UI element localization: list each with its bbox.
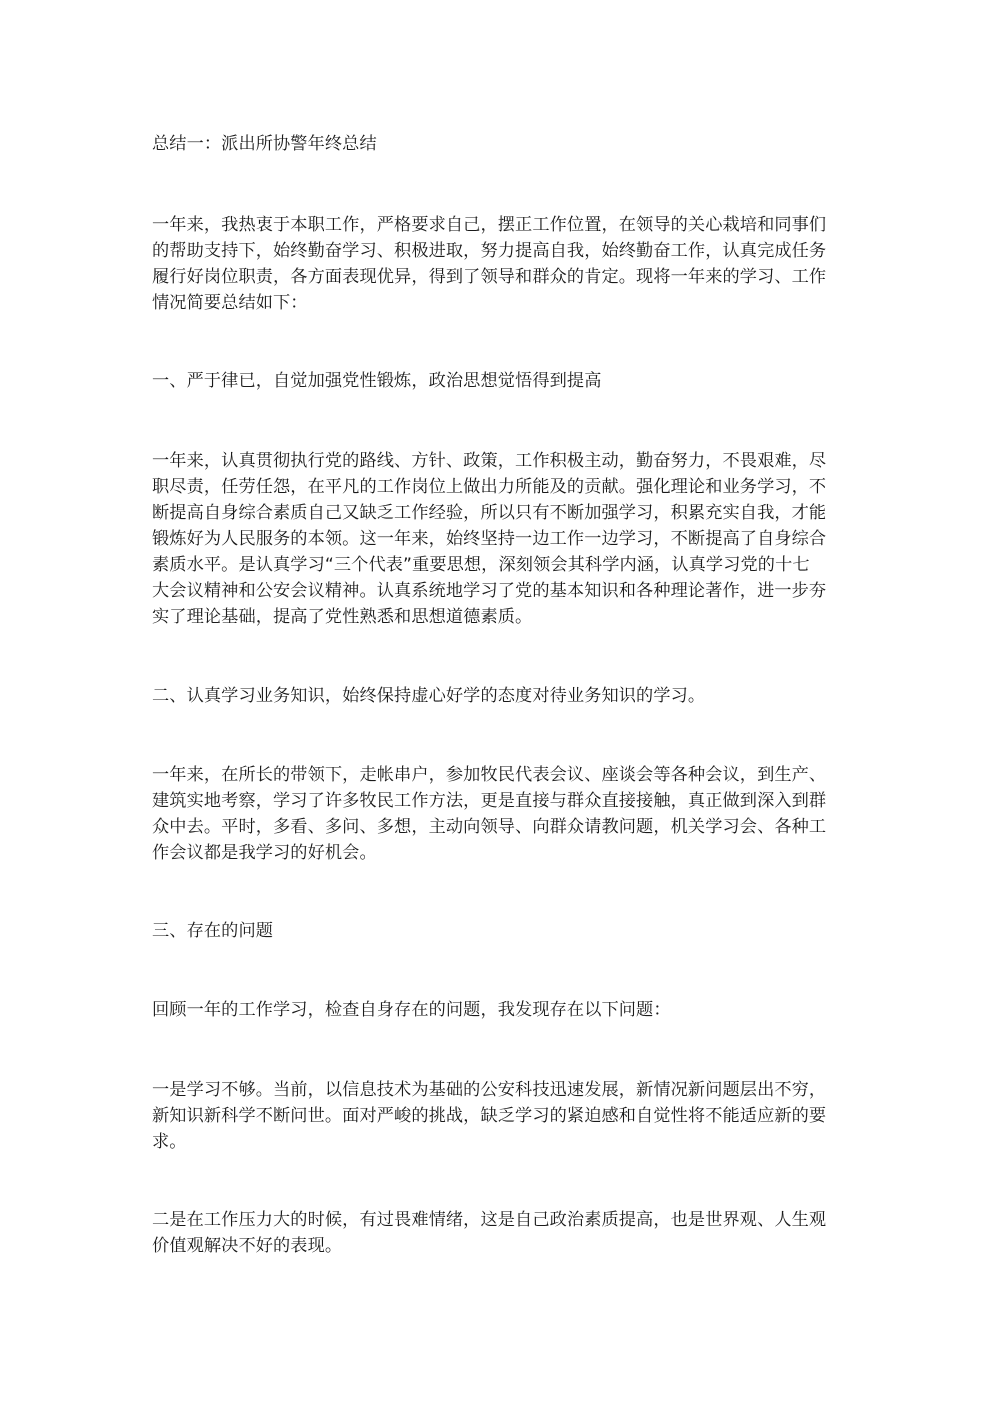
paragraph-line: 职尽责，任劳任怨，在平凡的工作岗位上做出力所能及的贡献。强化理论和业务学习，不 [152, 474, 826, 500]
paragraph-line: 一是学习不够。当前，以信息技术为基础的公安科技迅速发展，新情况新问题层出不穷， [152, 1077, 826, 1103]
section-heading-1: 一、严于律已，自觉加强党性锻炼，政治思想觉悟得到提高 [152, 368, 601, 394]
paragraph-line: 断提高自身综合素质自己又缺乏工作经验，所以只有不断加强学习，积累充实自我，才能 [152, 500, 826, 526]
paragraph-line: 大会议精神和公安会议精神。认真系统地学习了党的基本知识和各种理论著作，进一步夯 [152, 578, 826, 604]
problems-intro: 回顾一年的工作学习，检查自身存在的问题，我发现存在以下问题： [152, 997, 671, 1023]
paragraph-line: 情况简要总结如下： [152, 290, 308, 316]
paragraph-line: 众中去。平时，多看、多问、多想，主动向领导、向群众请教问题，机关学习会、各种工 [152, 814, 826, 840]
paragraph-line: 二是在工作压力大的时候，有过畏难情绪，这是自己政治素质提高，也是世界观、人生观 [152, 1207, 826, 1233]
paragraph-line: 履行好岗位职责，各方面表现优异，得到了领导和群众的肯定。现将一年来的学习、工作 [152, 264, 826, 290]
paragraph-line: 新知识新科学不断问世。面对严峻的挑战，缺乏学习的紧迫感和自觉性将不能适应新的要 [152, 1103, 826, 1129]
paragraph-line: 一年来，我热衷于本职工作，严格要求自己，摆正工作位置，在领导的关心栽培和同事们 [152, 212, 826, 238]
paragraph-line: 建筑实地考察，学习了许多牧民工作方法，更是直接与群众直接接触，真正做到深入到群 [152, 788, 826, 814]
paragraph-line: 实了理论基础，提高了党性熟悉和思想道德素质。 [152, 604, 532, 630]
section-heading-2: 二、认真学习业务知识，始终保持虚心好学的态度对待业务知识的学习。 [152, 683, 705, 709]
paragraph-line: 一年来，在所长的带领下，走帐串户，参加牧民代表会议、座谈会等各种会议，到生产、 [152, 762, 826, 788]
paragraph-line: 价值观解决不好的表现。 [152, 1233, 342, 1259]
paragraph-line: 的帮助支持下，始终勤奋学习、积极进取，努力提高自我，始终勤奋工作，认真完成任务 [152, 238, 826, 264]
paragraph-line: 一年来，认真贯彻执行党的路线、方针、政策，工作积极主动，勤奋努力，不畏艰难，尽 [152, 448, 826, 474]
section-heading-3: 三、存在的问题 [152, 918, 273, 944]
document-title: 总结一：派出所协警年终总结 [152, 131, 377, 157]
paragraph-line: 作会议都是我学习的好机会。 [152, 840, 377, 866]
paragraph-line: 求。 [152, 1129, 187, 1155]
paragraph-line: 锻炼好为人民服务的本领。这一年来，始终坚持一边工作一边学习，不断提高了自身综合 [152, 526, 826, 552]
paragraph-line: 素质水平。是认真学习“三个代表”重要思想，深刻领会其科学内涵，认真学习党的十七 [152, 552, 810, 578]
